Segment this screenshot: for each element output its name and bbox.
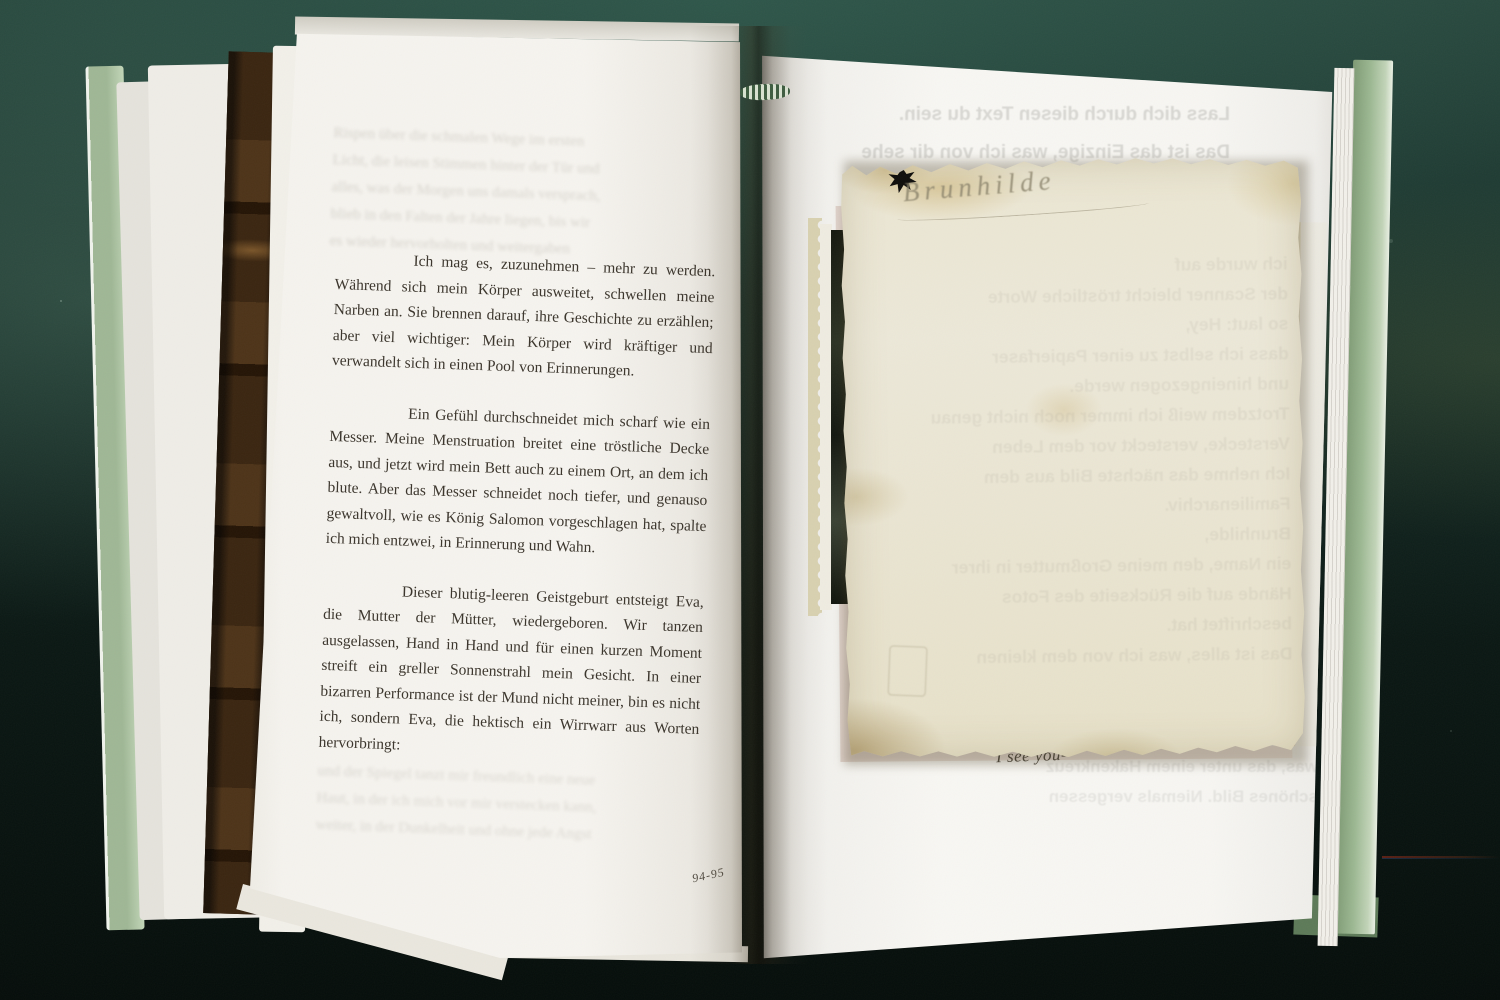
showthrough-text-top: Rispen über die schmalen Wege im erstenL… (329, 120, 721, 268)
ghost-line: Lass dich durch diesen Text du sein. (828, 96, 1230, 134)
right-page: Lass dich durch diesen Text du sein.Das … (758, 54, 1338, 960)
body-text: Ich mag es, zuzunehmen – mehr zu werden.… (317, 246, 715, 793)
handwriting-name: Brunhilde (902, 165, 1057, 208)
open-book: Rispen über die schmalen Wege im erstenL… (0, 0, 1500, 1000)
ghost-line: Das ist alles, was ich von dem kleinen (850, 638, 1292, 673)
ghost-line: schönes Bild. Niemals vergessen (928, 782, 1318, 812)
left-page: Rispen über die schmalen Wege im erstenL… (248, 30, 742, 958)
mirrored-showthrough-on-paper: ich wurde aufder Scanner bleicht tröstli… (845, 248, 1292, 673)
photo-back-aged-paper: ich wurde aufder Scanner bleicht tröstli… (838, 153, 1309, 763)
book-photograph-scene: Rispen über die schmalen Wege im erstenL… (0, 0, 1500, 1000)
paragraph: Dieser blutig-leeren Geistgeburt entstei… (318, 576, 704, 768)
paragraph: Ein Gefühl durchschneidet mich scharf wi… (325, 398, 710, 564)
paragraph: Ich mag es, zuzunehmen – mehr zu werden.… (332, 246, 716, 387)
gutter-shadow (690, 26, 808, 964)
